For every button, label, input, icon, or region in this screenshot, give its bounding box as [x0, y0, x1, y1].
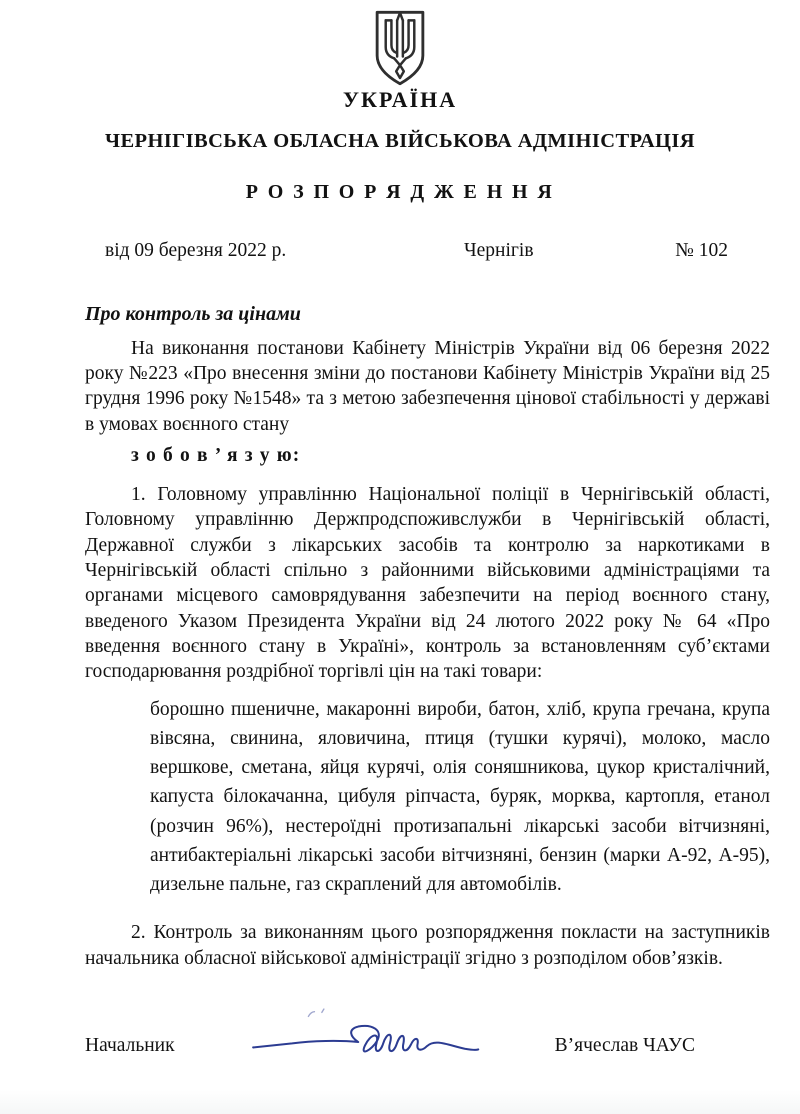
item-2-paragraph: 2. Контроль за виконанням цього розпоряд…	[85, 920, 770, 971]
document-date: від 09 березня 2022 р.	[105, 240, 286, 262]
emblem-block: УКРАЇНА	[0, 0, 800, 111]
organization-title: ЧЕРНІГІВСЬКА ОБЛАСНА ВІЙСЬКОВА АДМІНІСТР…	[0, 130, 800, 154]
document-page: УКРАЇНА ЧЕРНІГІВСЬКА ОБЛАСНА ВІЙСЬКОВА А…	[0, 0, 800, 1114]
subject-line: Про контроль за цінами	[85, 303, 770, 326]
document-type-heading: Р О З П О Р Я Д Ж Е Н Н Я	[0, 181, 800, 204]
document-city: Чернігів	[304, 240, 693, 262]
item-1-paragraph: 1. Головному управлінню Національної пол…	[85, 482, 770, 685]
signature-row: Начальник В’ячеслав ЧАУС	[85, 1017, 695, 1075]
preamble-paragraph: На виконання постанови Кабінету Міністрі…	[85, 336, 770, 437]
page-bottom-shading	[0, 1090, 800, 1114]
signer-name: В’ячеслав ЧАУС	[555, 1035, 695, 1057]
ukraine-trident-emblem-icon	[0, 8, 800, 88]
signer-position: Начальник	[85, 1035, 175, 1057]
signature-ink-icon	[250, 1007, 480, 1075]
country-name: УКРАЇНА	[0, 89, 800, 111]
products-list-paragraph: борошно пшеничне, макаронні вироби, бато…	[150, 695, 770, 900]
document-meta-row: від 09 березня 2022 р. Чернігів № 102	[105, 240, 728, 262]
resolve-word: з о б о в ’ я з у ю:	[131, 445, 770, 467]
